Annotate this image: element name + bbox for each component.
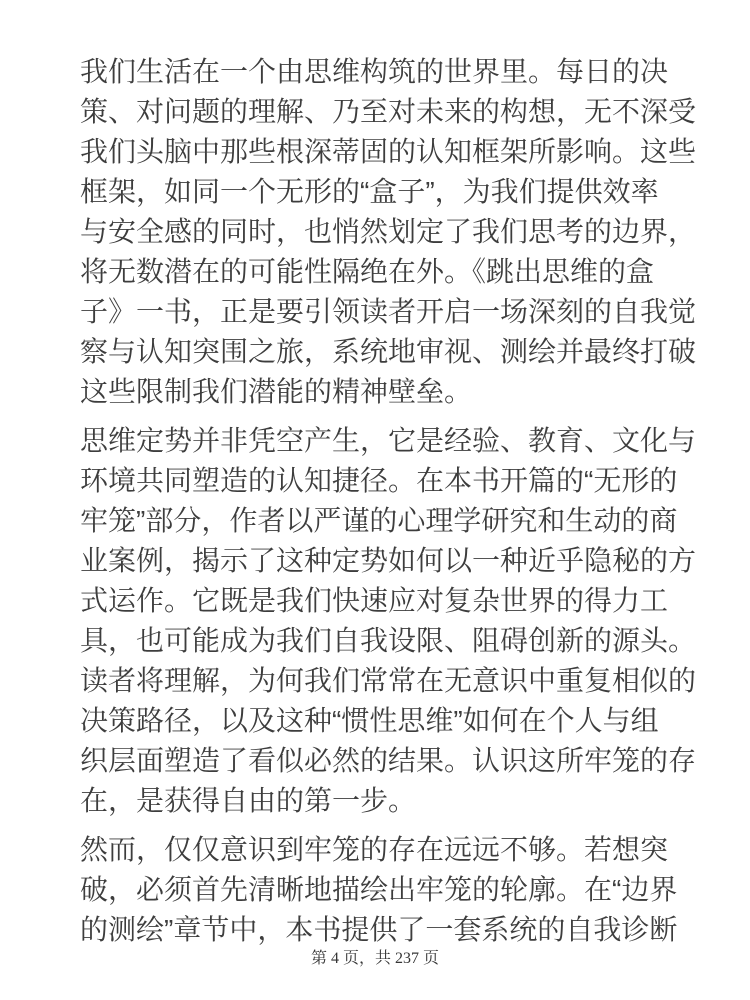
text-line: 将无数潜在的可能性隔绝在外。《跳出思维的盒 — [80, 252, 675, 292]
paragraph-3: 然而，仅仅意识到牢笼的存在远远不够。若想突 破，必须首先清晰地描绘出牢笼的轮廓。… — [80, 830, 675, 950]
text-line: 我们生活在一个由思维构筑的世界里。每日的决 — [80, 52, 675, 92]
text-line: 织层面塑造了看似必然的结果。认识这所牢笼的存 — [80, 741, 675, 781]
text-line: 框架，如同一个无形的“盒子”，为我们提供效率 — [80, 172, 675, 212]
document-body: 我们生活在一个由思维构筑的世界里。每日的决 策、对问题的理解、乃至对未来的构想，… — [80, 52, 675, 950]
text-line: 牢笼”部分，作者以严谨的心理学研究和生动的商 — [80, 501, 675, 541]
document-page: 我们生活在一个由思维构筑的世界里。每日的决 策、对问题的理解、乃至对未来的构想，… — [0, 0, 750, 1000]
text-line: 环境共同塑造的认知捷径。在本书开篇的“无形的 — [80, 461, 675, 501]
text-line: 与安全感的同时，也悄然划定了我们思考的边界， — [80, 212, 675, 252]
text-line: 这些限制我们潜能的精神壁垒。 — [80, 372, 675, 412]
text-line: 思维定势并非凭空产生，它是经验、教育、文化与 — [80, 421, 675, 461]
text-line: 策、对问题的理解、乃至对未来的构想，无不深受 — [80, 92, 675, 132]
text-line: 读者将理解，为何我们常常在无意识中重复相似的 — [80, 661, 675, 701]
paragraph-1: 我们生活在一个由思维构筑的世界里。每日的决 策、对问题的理解、乃至对未来的构想，… — [80, 52, 675, 412]
text-line: 破，必须首先清晰地描绘出牢笼的轮廓。在“边界 — [80, 870, 675, 910]
text-line: 具，也可能成为我们自我设限、阻碍创新的源头。 — [80, 621, 675, 661]
text-line: 的测绘”章节中，本书提供了一套系统的自我诊断 — [80, 910, 675, 950]
text-line: 业案例，揭示了这种定势如何以一种近乎隐秘的方 — [80, 541, 675, 581]
text-line: 然而，仅仅意识到牢笼的存在远远不够。若想突 — [80, 830, 675, 870]
text-line: 察与认知突围之旅，系统地审视、测绘并最终打破 — [80, 332, 675, 372]
paragraph-2: 思维定势并非凭空产生，它是经验、教育、文化与 环境共同塑造的认知捷径。在本书开篇… — [80, 421, 675, 821]
text-line: 式运作。它既是我们快速应对复杂世界的得力工 — [80, 581, 675, 621]
text-line: 在，是获得自由的第一步。 — [80, 781, 675, 821]
text-line: 决策路径，以及这种“惯性思维”如何在个人与组 — [80, 701, 675, 741]
page-number-footer: 第 4 页，共 237 页 — [0, 950, 750, 968]
text-line: 子》一书，正是要引领读者开启一场深刻的自我觉 — [80, 292, 675, 332]
text-line: 我们头脑中那些根深蒂固的认知框架所影响。这些 — [80, 132, 675, 172]
